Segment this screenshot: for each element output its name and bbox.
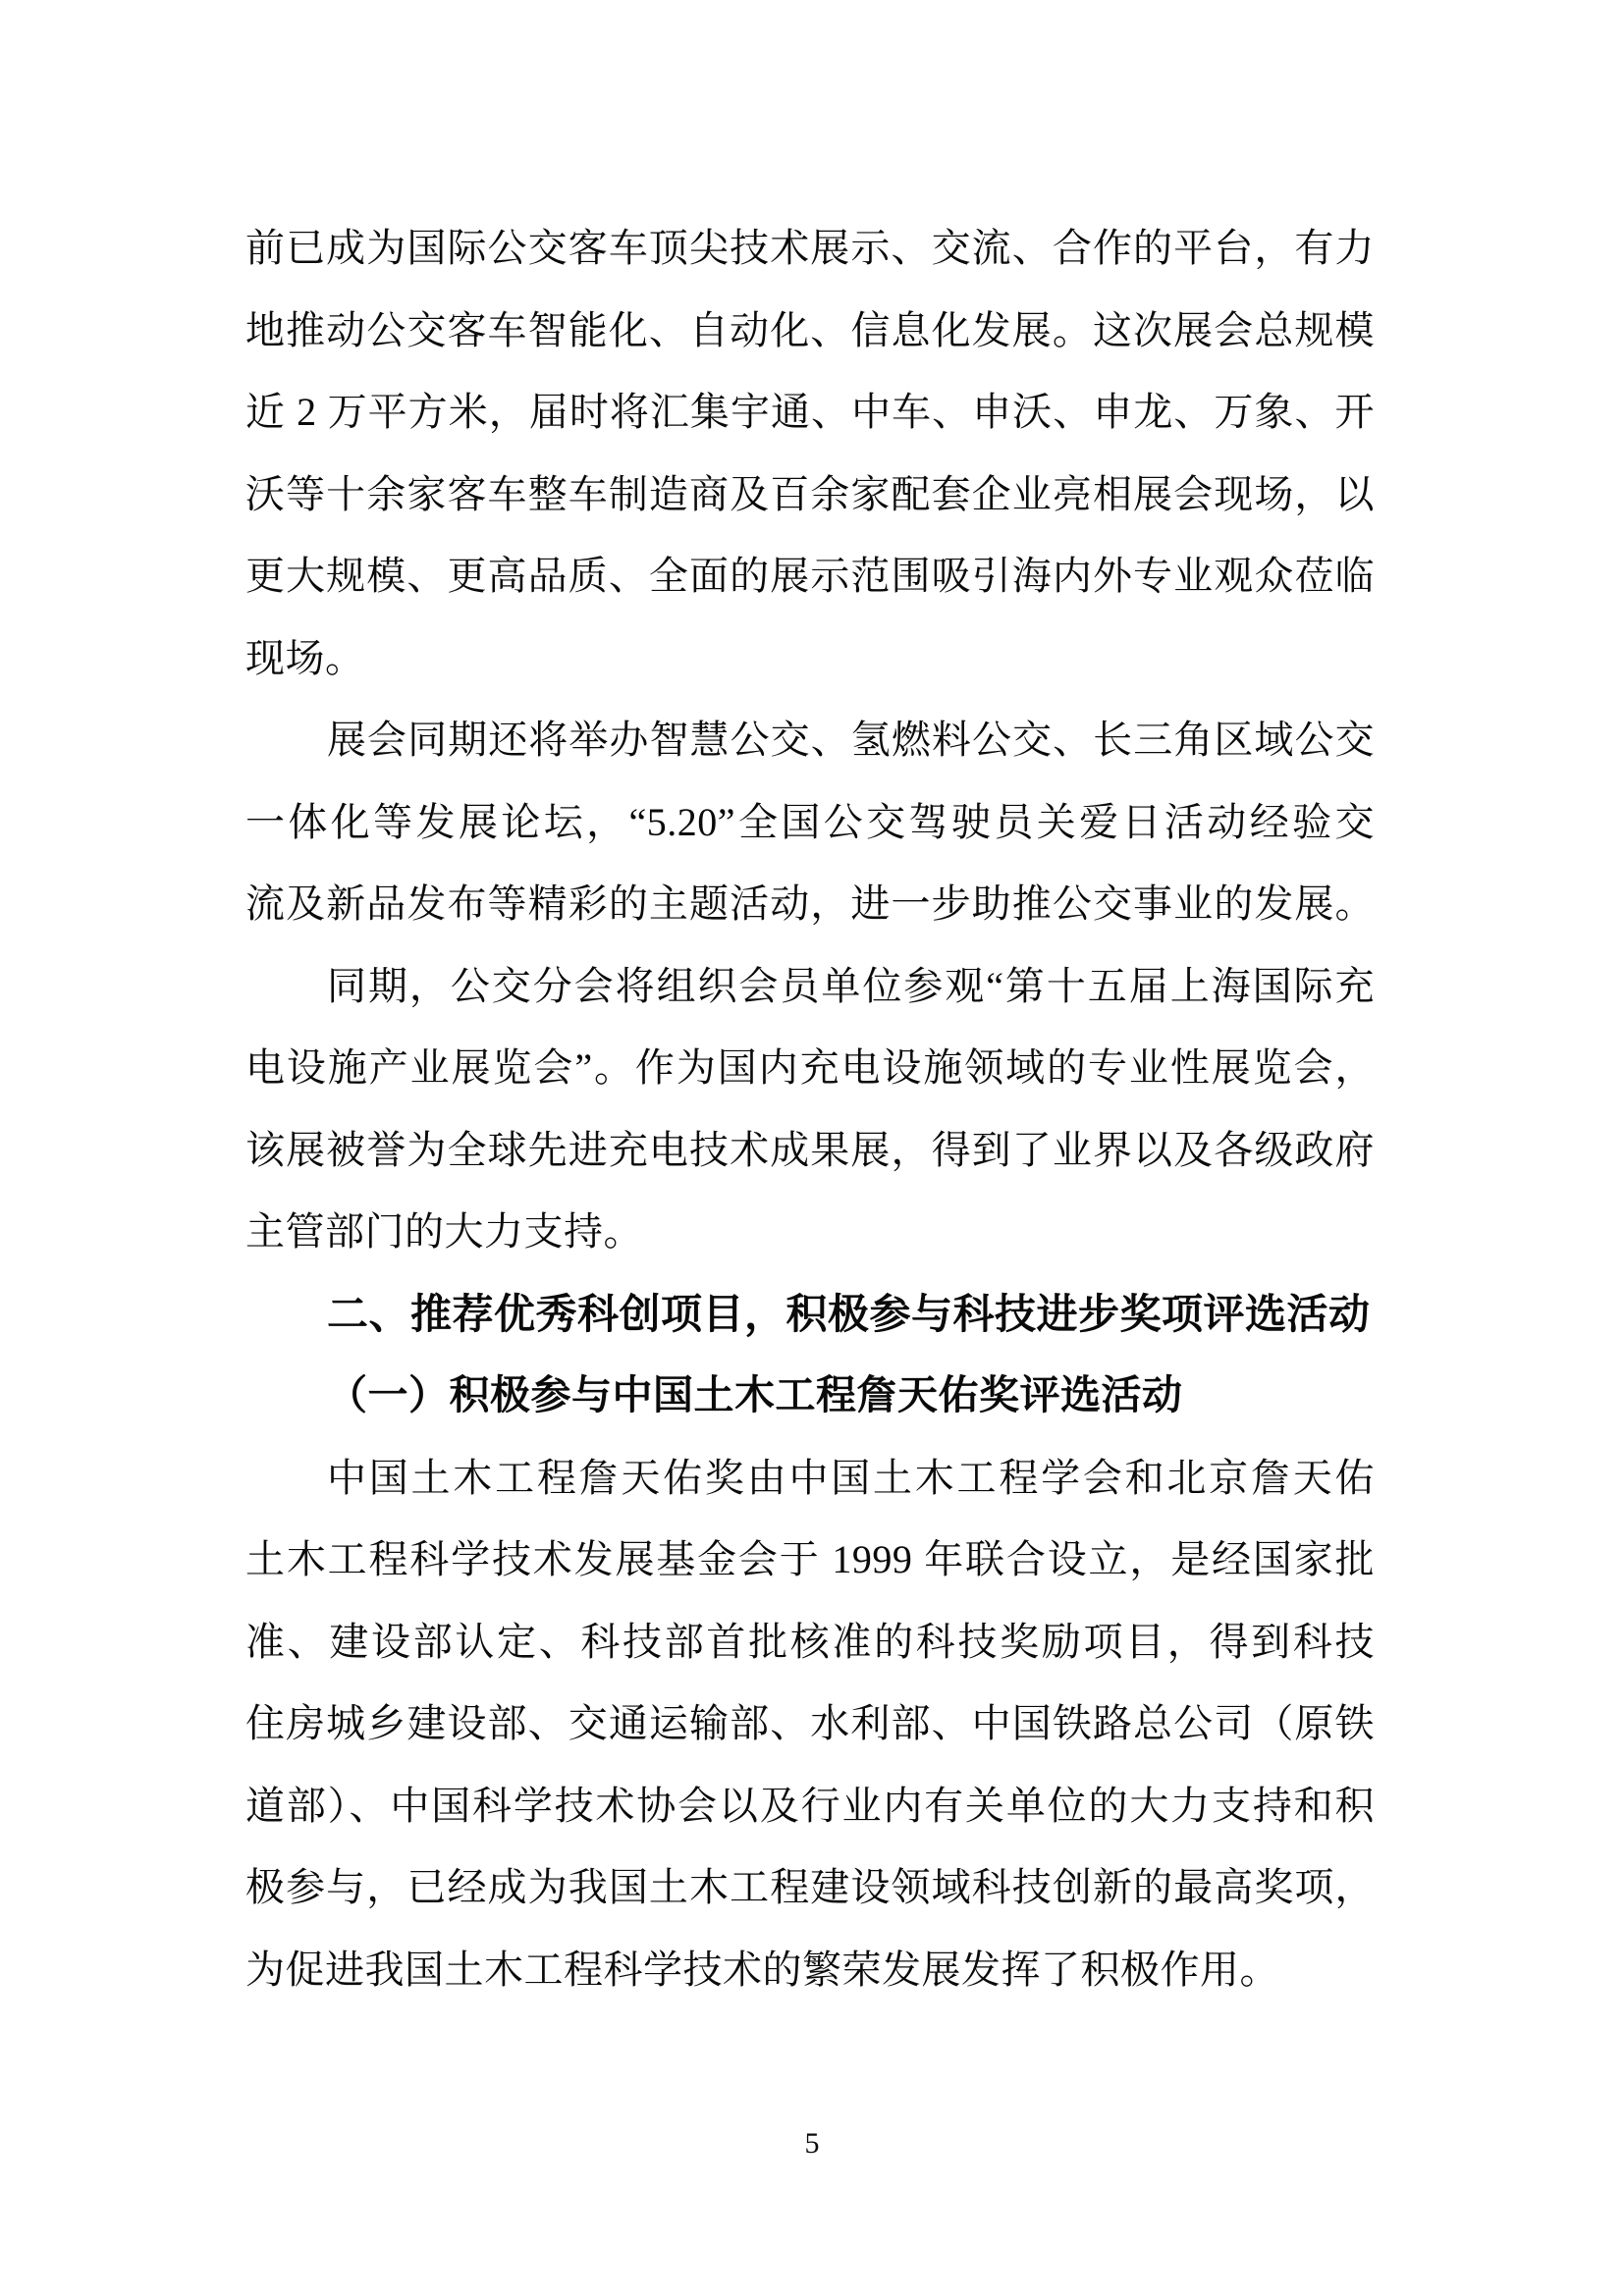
body-line: 道部）、中国科学技术协会以及行业内有关单位的大力支持和积	[245, 1765, 1375, 1847]
body-line: 该展被誉为全球先进充电技术成果展，得到了业界以及各级政府	[245, 1109, 1375, 1192]
body-line: 现场。	[245, 617, 1375, 700]
body-line: 主管部门的大力支持。	[245, 1191, 1375, 1273]
document-page: 前已成为国际公交客车顶尖技术展示、交流、合作的平台，有力 地推动公交客车智能化、…	[0, 0, 1624, 2296]
section-heading: 二、推荐优秀科创项目，积极参与科技进步奖项评选活动	[245, 1273, 1375, 1356]
page-body: 前已成为国际公交客车顶尖技术展示、交流、合作的平台，有力 地推动公交客车智能化、…	[245, 207, 1375, 2010]
body-line: 一体化等发展论坛，“5.20”全国公交驾驶员关爱日活动经验交	[245, 781, 1375, 864]
page-number: 5	[0, 2126, 1624, 2162]
subsection-heading: （一）积极参与中国土木工程詹天佑奖评选活动	[245, 1355, 1375, 1437]
body-line: 土木工程科学技术发展基金会于 1999 年联合设立，是经国家批	[245, 1519, 1375, 1601]
body-line: 前已成为国际公交客车顶尖技术展示、交流、合作的平台，有力	[245, 207, 1375, 290]
body-line: 极参与，已经成为我国土木工程建设领域科技创新的最高奖项，	[245, 1846, 1375, 1929]
body-line: 准、建设部认定、科技部首批核准的科技奖励项目，得到科技部、	[245, 1601, 1375, 1683]
body-line: 电设施产业展览会”。作为国内充电设施领域的专业性展览会，	[245, 1027, 1375, 1109]
body-line: 地推动公交客车智能化、自动化、信息化发展。这次展会总规模	[245, 290, 1375, 372]
body-line: 中国土木工程詹天佑奖由中国土木工程学会和北京詹天佑	[245, 1437, 1375, 1520]
body-line: 近 2 万平方米，届时将汇集宇通、中车、申沃、申龙、万象、开	[245, 371, 1375, 454]
body-line: 为促进我国土木工程科学技术的繁荣发展发挥了积极作用。	[245, 1929, 1375, 2011]
body-line: 展会同期还将举办智慧公交、氢燃料公交、长三角区域公交	[245, 699, 1375, 781]
body-line: 流及新品发布等精彩的主题活动，进一步助推公交事业的发展。	[245, 863, 1375, 945]
body-line: 更大规模、更高品质、全面的展示范围吸引海内外专业观众莅临	[245, 535, 1375, 617]
body-line: 住房城乡建设部、交通运输部、水利部、中国铁路总公司（原铁	[245, 1682, 1375, 1765]
body-line: 沃等十余家客车整车制造商及百余家配套企业亮相展会现场，以	[245, 454, 1375, 536]
body-line: 同期，公交分会将组织会员单位参观“第十五届上海国际充	[245, 945, 1375, 1028]
